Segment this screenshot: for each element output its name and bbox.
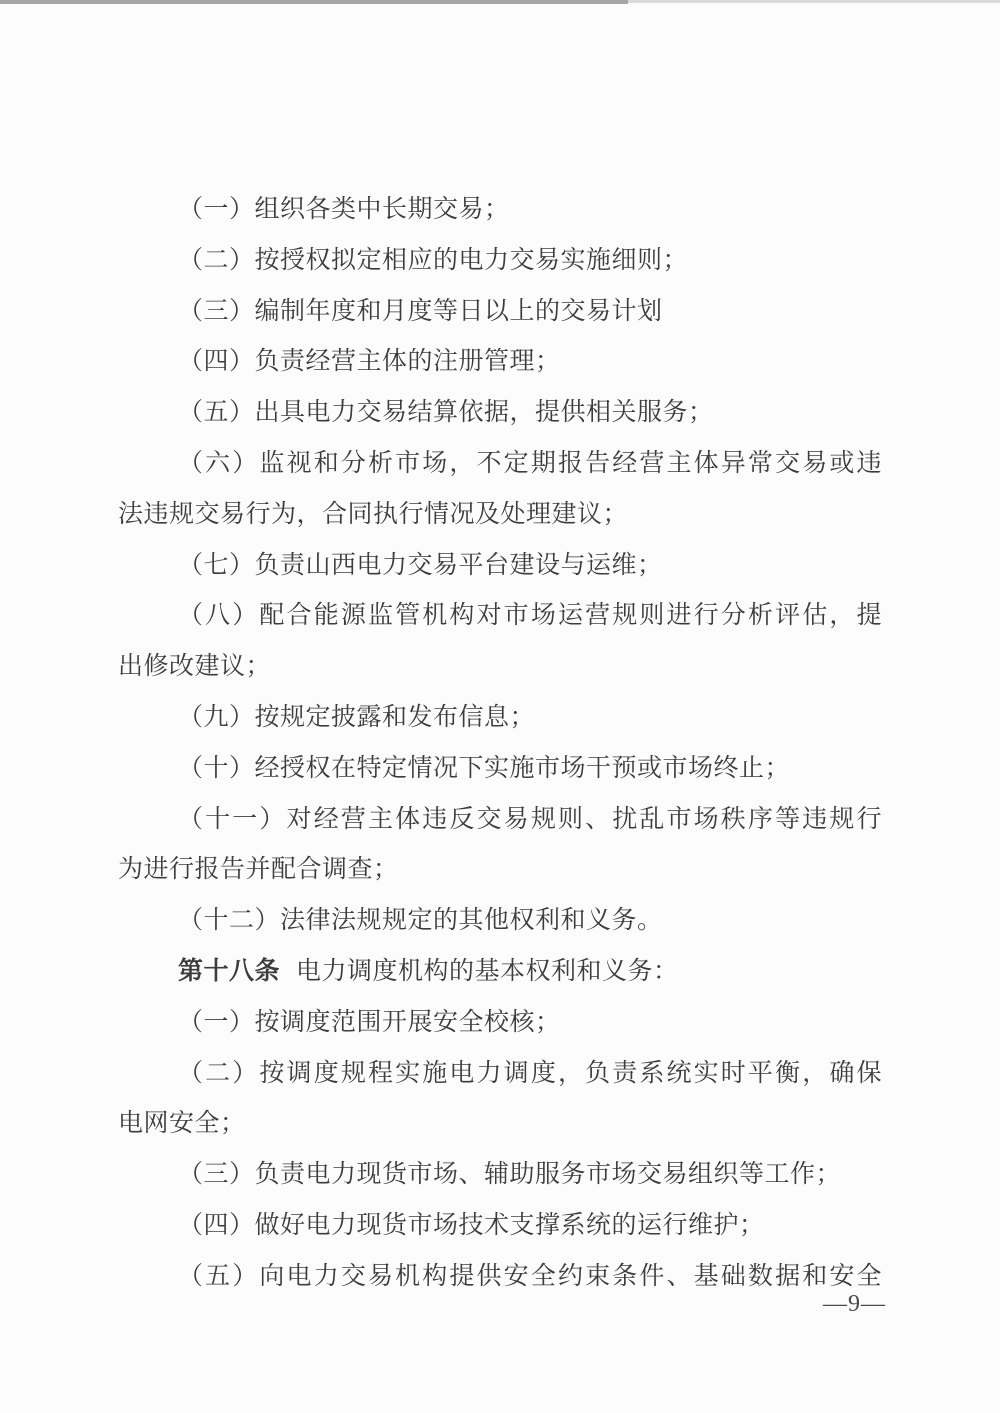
clause-line: （四）做好电力现货市场技术支撑系统的运行维护； bbox=[118, 1201, 882, 1252]
document-page: （一）组织各类中长期交易； （二）按授权拟定相应的电力交易实施细则； （三）编制… bbox=[0, 0, 1000, 1413]
clause-line: （十）经授权在特定情况下实施市场干预或市场终止； bbox=[118, 744, 882, 795]
clause-continuation-line: 法违规交易行为，合同执行情况及处理建议； bbox=[118, 490, 882, 541]
clause-line: （二）按授权拟定相应的电力交易实施细则； bbox=[118, 236, 882, 287]
article-number: 第十八条 bbox=[178, 958, 280, 985]
clause-line: （八）配合能源监管机构对市场运营规则进行分析评估，提 bbox=[118, 591, 882, 642]
clause-continuation-line: 电网安全； bbox=[118, 1099, 882, 1150]
scan-artifact-line-right bbox=[628, 0, 1000, 3]
clause-line: （四）负责经营主体的注册管理； bbox=[118, 337, 882, 388]
clause-continuation-line: 出修改建议； bbox=[118, 642, 882, 693]
clause-line: （三）编制年度和月度等日以上的交易计划 bbox=[118, 287, 882, 338]
article-title: 电力调度机构的基本权利和义务： bbox=[296, 958, 679, 985]
clause-line: （六）监视和分析市场，不定期报告经营主体异常交易或违 bbox=[118, 439, 882, 490]
scan-artifact-line-left bbox=[0, 0, 628, 4]
clause-line: （十二）法律法规规定的其他权利和义务。 bbox=[118, 896, 882, 947]
clause-line: （五）出具电力交易结算依据，提供相关服务； bbox=[118, 388, 882, 439]
clause-line: （九）按规定披露和发布信息； bbox=[118, 693, 882, 744]
clause-line: （十一）对经营主体违反交易规则、扰乱市场秩序等违规行 bbox=[118, 795, 882, 846]
clause-line: （七）负责山西电力交易平台建设与运维； bbox=[118, 541, 882, 592]
clause-continuation-line: 为进行报告并配合调查； bbox=[118, 845, 882, 896]
article-heading: 第十八条电力调度机构的基本权利和义务： bbox=[118, 947, 882, 998]
page-number: —9— bbox=[823, 1291, 886, 1318]
clause-line: （二）按调度规程实施电力调度，负责系统实时平衡，确保 bbox=[118, 1049, 882, 1100]
clause-line: （一）按调度范围开展安全校核； bbox=[118, 998, 882, 1049]
document-body: （一）组织各类中长期交易； （二）按授权拟定相应的电力交易实施细则； （三）编制… bbox=[118, 185, 882, 1303]
clause-line: （五）向电力交易机构提供安全约束条件、基础数据和安全 bbox=[118, 1252, 882, 1303]
clause-line: （三）负责电力现货市场、辅助服务市场交易组织等工作； bbox=[118, 1150, 882, 1201]
clause-line: （一）组织各类中长期交易； bbox=[118, 185, 882, 236]
